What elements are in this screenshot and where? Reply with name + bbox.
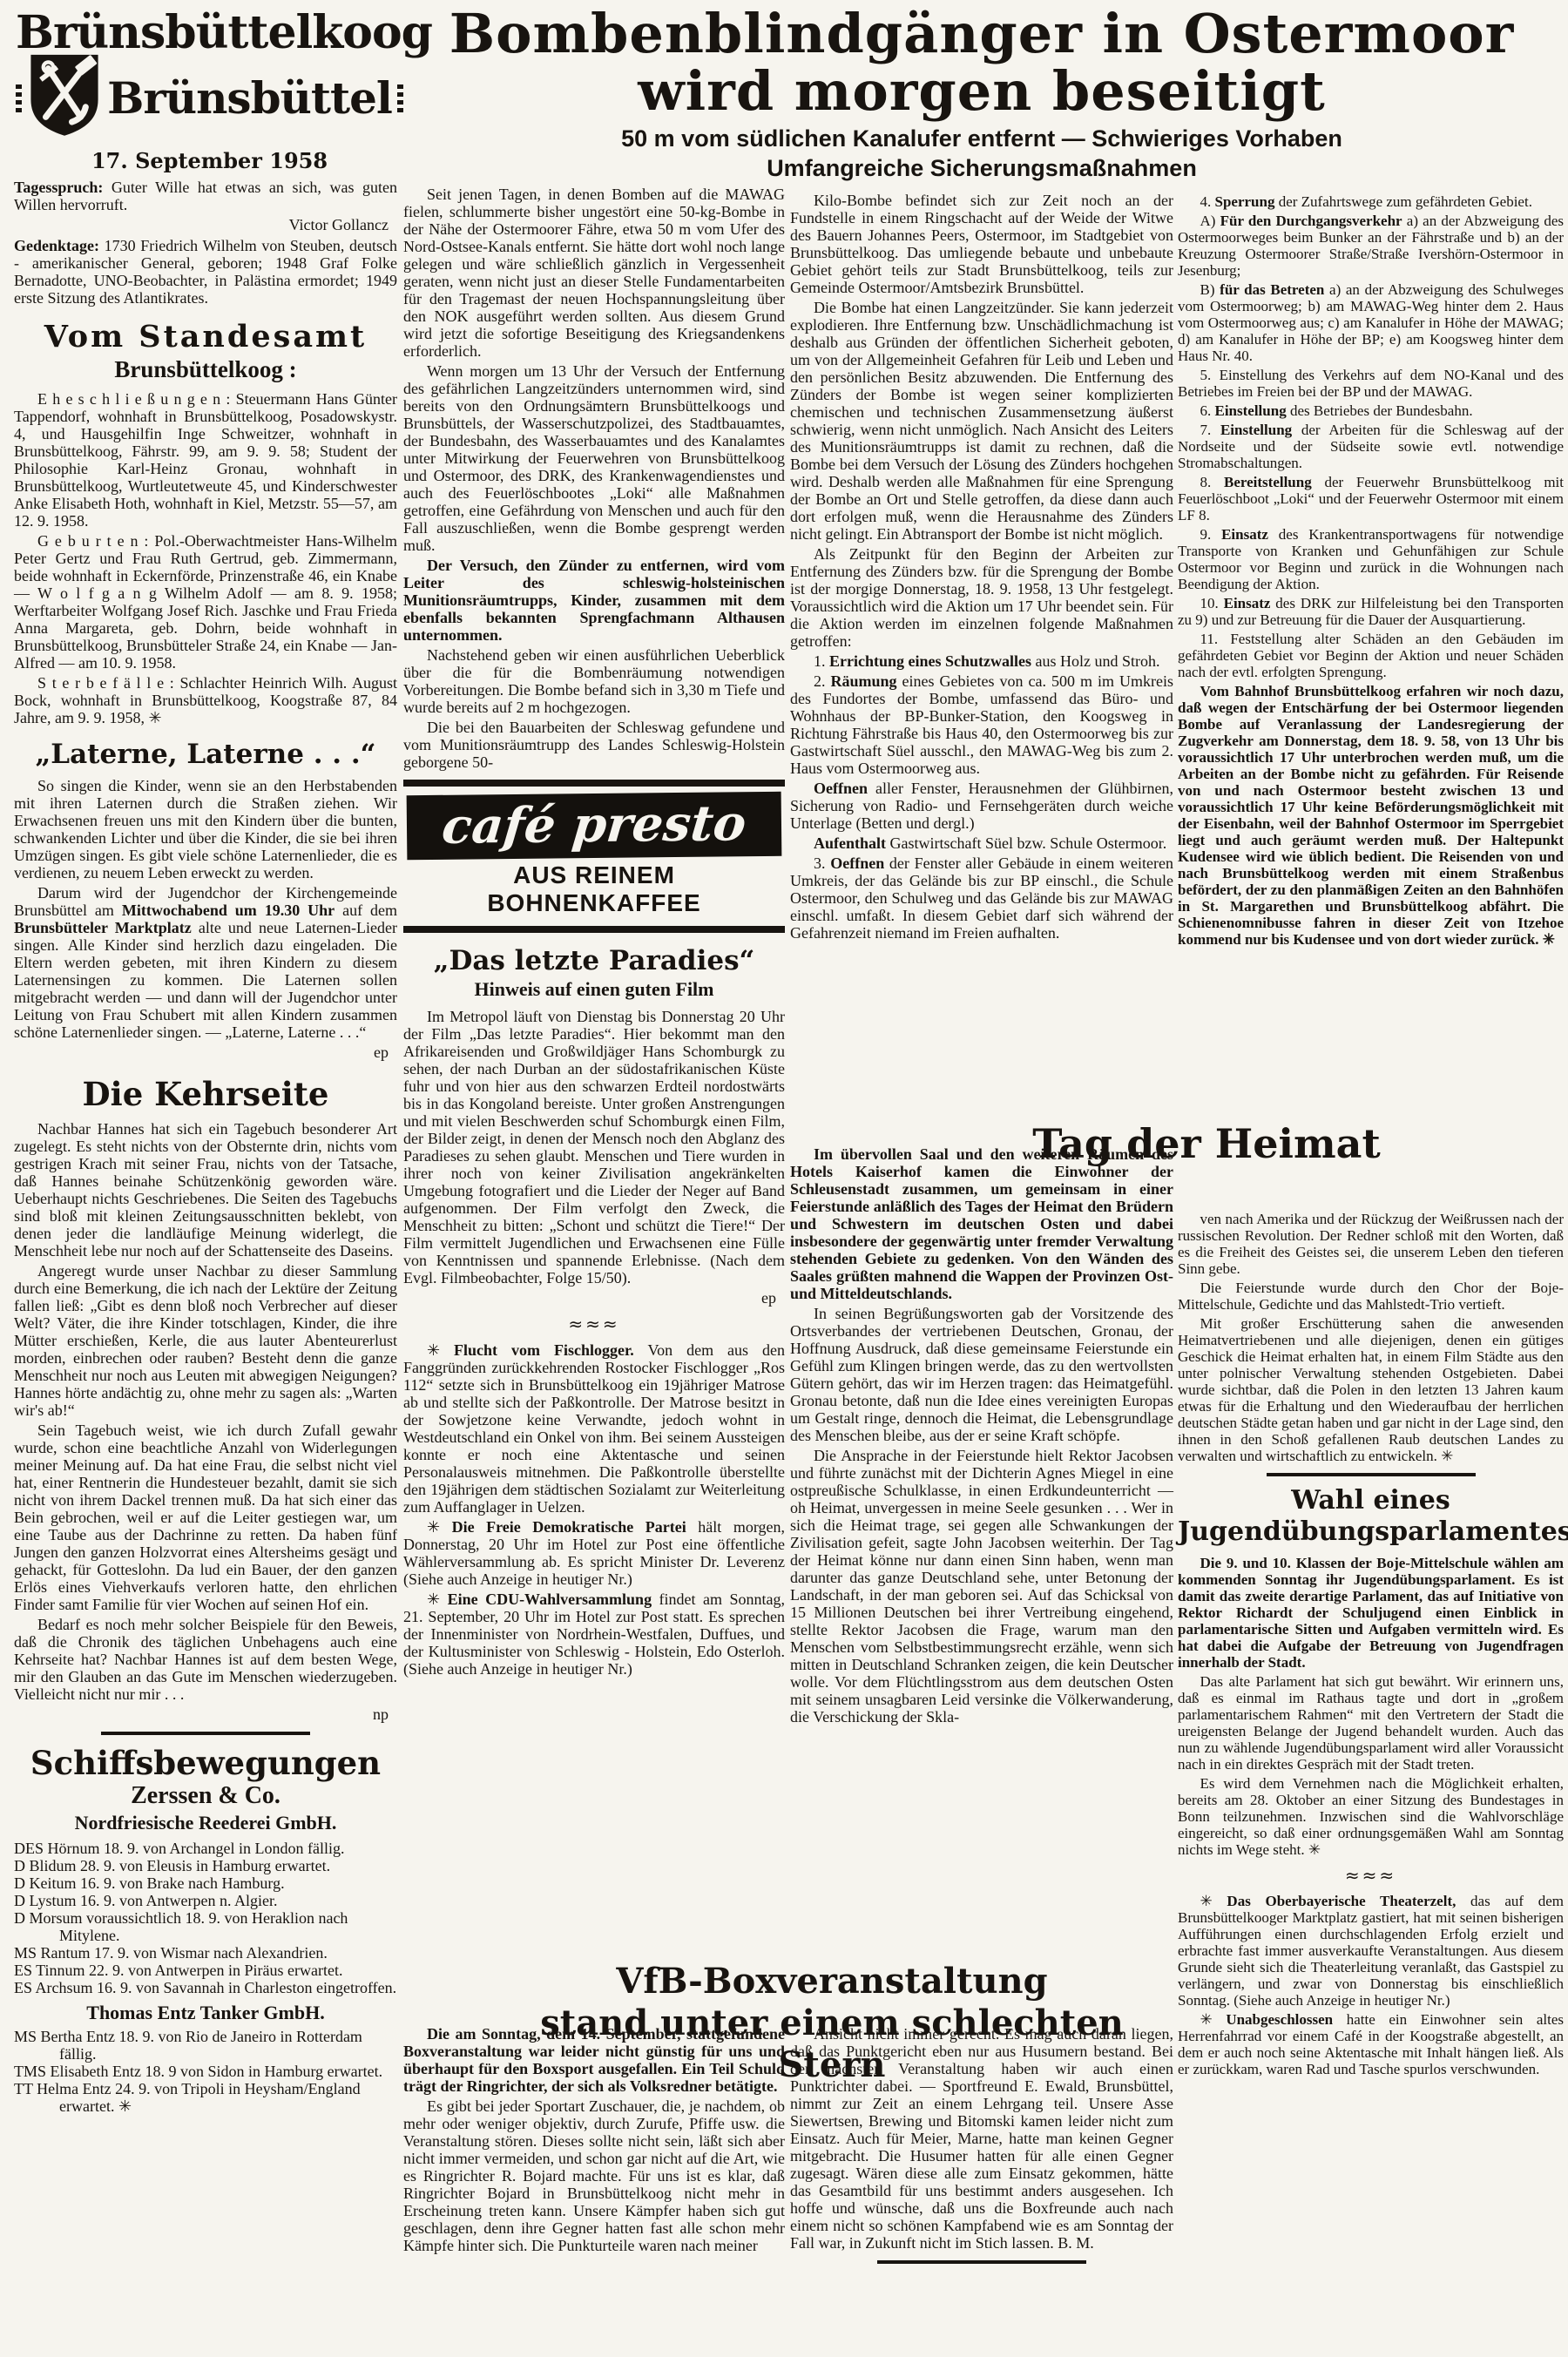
ship-movement-entry: D Lystum 16. 9. von Antwerpen n. Algier. bbox=[14, 1892, 397, 1909]
bomb-article-paragraph: 7. Einstellung der Arbeiten für die Schl… bbox=[1178, 422, 1564, 471]
newspaper-page: Brünsbüttelkoog Brünsbüttel 17. Septembe… bbox=[0, 0, 1568, 2357]
kehrseite-paragraph: Nachbar Hannes hat sich ein Tagebuch bes… bbox=[14, 1120, 397, 1260]
ad-tagline: AUS REINEM BOHNENKAFFEE bbox=[403, 861, 785, 917]
heimat-article-column-1: Im übervollen Saal und den weiteren Räum… bbox=[790, 1145, 1173, 1728]
shipping-company: Zerssen & Co. bbox=[14, 1782, 397, 1810]
bomb-article-column-1: Seit jenen Tagen, in denen Bomben auf di… bbox=[403, 186, 785, 1680]
film-article-signature: ep bbox=[403, 1289, 785, 1307]
heimat-paragraphs-col2: ven nach Amerika und der Rückzug der Wei… bbox=[1178, 1211, 1564, 1464]
section-title-standesamt: Vom Standesamt bbox=[14, 319, 397, 355]
shipping-line-2: Thomas Entz Tanker GmbH. bbox=[14, 2002, 397, 2024]
tagesspruch-author: Victor Gollancz bbox=[14, 216, 397, 233]
bomb-article-paragraph: Als Zeitpunkt für den Beginn der Arbeite… bbox=[790, 545, 1173, 650]
bomb-article-paragraph: 2. Räumung eines Gebietes von ca. 500 m … bbox=[790, 672, 1173, 777]
bomb-article-paragraph: Nachstehend geben wir einen ausführliche… bbox=[403, 646, 785, 716]
heimat-article-paragraph: Mit großer Erschütterung sahen die anwes… bbox=[1178, 1315, 1564, 1464]
local-notice: ✳ Die Freie Demokratische Partei hält mo… bbox=[403, 1518, 785, 1588]
parlament-title-line1: Wahl eines bbox=[1291, 1485, 1450, 1516]
bomb-article-paragraph: 3. Oeffnen der Fenster aller Gebäude in … bbox=[790, 854, 1173, 942]
bomb-article-paragraph: Der Versuch, den Zünder zu entfernen, wi… bbox=[403, 557, 785, 644]
standesamt-paragraph: S t e r b e f ä l l e : Schlachter Heinr… bbox=[14, 674, 397, 726]
bomb-article-column-3: 4. Sperrung der Zufahrtswege zum gefährd… bbox=[1178, 193, 1564, 950]
kehrseite-paragraphs: Nachbar Hannes hat sich ein Tagebuch bes… bbox=[14, 1120, 397, 1703]
masthead-title-line2: Brünsbüttel bbox=[107, 77, 392, 120]
heimat-article-paragraph: Die Ansprache in der Feierstunde hielt R… bbox=[790, 1447, 1173, 1726]
ship-movement-entry: ES Archsum 16. 9. von Savannah in Charle… bbox=[14, 1979, 397, 1996]
bomb-article-paragraphs-col2: Kilo-Bombe befindet sich zur Zeit noch a… bbox=[790, 192, 1173, 942]
headline-subtitle-2: Umfangreiche Sicherungsmaßnahmen bbox=[408, 154, 1556, 182]
bomb-article-paragraph: 10. Einsatz des DRK zur Hilfeleistung be… bbox=[1178, 595, 1564, 628]
city-crest-anchor-hammer-icon bbox=[27, 52, 102, 139]
bomb-article-paragraph: A) Für den Durchgangsverkehr a) an der A… bbox=[1178, 213, 1564, 279]
boxing-article-column-1: Die am Sonntag, dem 14. September, statt… bbox=[403, 2025, 785, 2257]
bomb-article-paragraph: 4. Sperrung der Zufahrtswege zum gefährd… bbox=[1178, 193, 1564, 210]
bomb-article-paragraph: Wenn morgen um 13 Uhr der Versuch der En… bbox=[403, 362, 785, 554]
headline-line1: Bombenblindgänger in Ostermoor bbox=[408, 5, 1556, 63]
bomb-article-paragraph: 6. Einstellung des Betriebes der Bundesb… bbox=[1178, 402, 1564, 419]
masthead: Brünsbüttelkoog Brünsbüttel 17. Septembe… bbox=[16, 10, 403, 173]
laterne-paragraph: So singen die Kinder, wenn sie an den He… bbox=[14, 777, 397, 881]
ship-movement-entry: D Morsum voraussichtlich 18. 9. von Hera… bbox=[14, 1909, 397, 1944]
section-subtitle-brunsbuettelkoog: Brunsbüttelkoog : bbox=[14, 356, 397, 383]
standesamt-paragraphs: E h e s c h l i e ß u n g e n : Steuerma… bbox=[14, 390, 397, 726]
kehrseite-paragraph: Angeregt wurde unser Nachbar zu dieser S… bbox=[14, 1262, 397, 1419]
parlament-title-line2: Jugendübungsparlamentes bbox=[1178, 1516, 1568, 1547]
local-notice: ✳ Unabgeschlossen hatte ein Einwohner se… bbox=[1178, 2011, 1564, 2077]
parlament-article-title: Wahl eines Jugendübungsparlamentes bbox=[1178, 1485, 1564, 1548]
boxing-article-paragraph: Die am Sonntag, dem 14. September, statt… bbox=[403, 2025, 785, 2095]
local-notices: ✳ Flucht vom Fischlogger. Von dem aus de… bbox=[403, 1341, 785, 1678]
section-divider-rule bbox=[1267, 1473, 1476, 1476]
kehrseite-paragraph: Bedarf es noch mehr solcher Beispiele fü… bbox=[14, 1616, 397, 1703]
boxing-article-paragraph: Ansicht nicht immer gerecht. Es mag auch… bbox=[790, 2025, 1173, 2252]
bomb-article-column-2: Kilo-Bombe befindet sich zur Zeit noch a… bbox=[790, 192, 1173, 944]
right-notices: ✳ Das Oberbayerische Theaterzelt, das au… bbox=[1178, 1893, 1564, 2077]
ad-brand-logo: café presto bbox=[409, 799, 778, 851]
bomb-article-paragraph: Aufenthalt Gastwirtschaft Süel bzw. Schu… bbox=[790, 834, 1173, 852]
film-article-title: „Das letzte Paradies“ bbox=[403, 945, 785, 976]
bomb-article-paragraph: 8. Bereitstellung der Feuerwehr Brunsbüt… bbox=[1178, 474, 1564, 523]
bomb-article-paragraph: Kilo-Bombe befindet sich zur Zeit noch a… bbox=[790, 192, 1173, 296]
tagesspruch: Tagesspruch: Guter Wille hat etwas an si… bbox=[14, 179, 397, 213]
section-title-schiffsbewegungen: Schiffsbewegungen bbox=[14, 1744, 397, 1782]
ship-movement-entry: MS Bertha Entz 18. 9. von Rio de Janeiro… bbox=[14, 2028, 397, 2063]
shipping-line-1: Nordfriesische Reederei GmbH. bbox=[14, 1812, 397, 1834]
kehrseite-signature: np bbox=[14, 1705, 397, 1723]
laterne-paragraph: Darum wird der Jugendchor der Kirchengem… bbox=[14, 884, 397, 1041]
bomb-article-paragraph: 5. Einstellung des Verkehrs auf dem NO-K… bbox=[1178, 367, 1564, 400]
film-article-paragraph: Im Metropol läuft von Dienstag bis Donne… bbox=[403, 1008, 785, 1287]
masthead-stripes-right-icon bbox=[397, 84, 403, 112]
ship-movements-list-1: DES Hörnum 18. 9. von Archangel in Londo… bbox=[14, 1840, 397, 1996]
bomb-article-paragraph: 11. Feststellung alter Schäden an den Ge… bbox=[1178, 631, 1564, 680]
standesamt-paragraph: E h e s c h l i e ß u n g e n : Steuerma… bbox=[14, 390, 397, 530]
squiggle-divider: ≈≈≈ bbox=[1178, 1865, 1564, 1886]
local-notice: ✳ Flucht vom Fischlogger. Von dem aus de… bbox=[403, 1341, 785, 1516]
issue-date: 17. September 1958 bbox=[16, 148, 403, 173]
squiggle-divider: ≈≈≈ bbox=[403, 1314, 785, 1334]
bomb-article-paragraphs-col3: 4. Sperrung der Zufahrtswege zum gefährd… bbox=[1178, 193, 1564, 948]
kehrseite-paragraph: Sein Tagebuch weist, wie ich durch Zufal… bbox=[14, 1422, 397, 1613]
gedenktage: Gedenktage: 1730 Friedrich Wilhelm von S… bbox=[14, 237, 397, 307]
ad-top-rule bbox=[403, 780, 785, 787]
parlament-article-paragraph: Es wird dem Vernehmen nach die Möglichke… bbox=[1178, 1775, 1564, 1858]
ship-movement-entry: D Keitum 16. 9. von Brake nach Hamburg. bbox=[14, 1874, 397, 1892]
local-notice: ✳ Eine CDU-Wahlversammlung findet am Son… bbox=[403, 1590, 785, 1678]
boxing-paragraphs-col2: Ansicht nicht immer gerecht. Es mag auch… bbox=[790, 2025, 1173, 2252]
section-title-kehrseite: Die Kehrseite bbox=[14, 1075, 397, 1113]
ship-movement-entry: MS Rantum 17. 9. von Wismar nach Alexand… bbox=[14, 1944, 397, 1962]
left-column: Tagesspruch: Guter Wille hat etwas an si… bbox=[14, 179, 397, 2115]
end-rule bbox=[877, 2260, 1086, 2264]
bomb-article-paragraphs-col1: Seit jenen Tagen, in denen Bomben auf di… bbox=[403, 186, 785, 771]
ship-movement-entry: DES Hörnum 18. 9. von Archangel in Londo… bbox=[14, 1840, 397, 1857]
ad-bottom-rule bbox=[403, 926, 785, 933]
cafe-presto-ad: café presto bbox=[407, 792, 782, 860]
heimat-paragraphs-col1: Im übervollen Saal und den weiteren Räum… bbox=[790, 1145, 1173, 1726]
parlament-paragraphs: Die 9. und 10. Klassen der Boje-Mittelsc… bbox=[1178, 1555, 1564, 1858]
standesamt-paragraph: G e b u r t e n : Pol.-Oberwachtmeister … bbox=[14, 532, 397, 672]
boxing-title-line1: VfB-Boxveranstaltung bbox=[616, 1961, 1047, 2002]
masthead-stripes-left-icon bbox=[16, 84, 22, 112]
boxing-article-column-2: Ansicht nicht immer gerecht. Es mag auch… bbox=[790, 2025, 1173, 2273]
heimat-article-paragraph: Im übervollen Saal und den weiteren Räum… bbox=[790, 1145, 1173, 1302]
parlament-article-paragraph: Das alte Parlament hat sich gut bewährt.… bbox=[1178, 1673, 1564, 1773]
heimat-article-paragraph: ven nach Amerika und der Rückzug der Wei… bbox=[1178, 1211, 1564, 1277]
ship-movement-entry: TT Helma Entz 24. 9. von Tripoli in Heys… bbox=[14, 2080, 397, 2115]
section-divider-rule bbox=[101, 1732, 310, 1735]
bomb-article-paragraph: Die Bombe hat einen Langzeitzünder. Sie … bbox=[790, 299, 1173, 543]
masthead-title-line1: Brünsbüttelkoog bbox=[16, 10, 403, 56]
laterne-paragraphs: So singen die Kinder, wenn sie an den He… bbox=[14, 777, 397, 1041]
laterne-signature: ep bbox=[14, 1043, 397, 1061]
film-article-paragraphs: Im Metropol läuft von Dienstag bis Donne… bbox=[403, 1008, 785, 1287]
heimat-article-paragraph: Die Feierstunde wurde durch den Chor der… bbox=[1178, 1280, 1564, 1313]
ship-movements-list-2: MS Bertha Entz 18. 9. von Rio de Janeiro… bbox=[14, 2028, 397, 2115]
boxing-paragraphs-col1: Die am Sonntag, dem 14. September, statt… bbox=[403, 2025, 785, 2254]
headline-subtitle-1: 50 m vom südlichen Kanalufer entfernt — … bbox=[408, 125, 1556, 154]
bomb-article-paragraph: Vom Bahnhof Brunsbüttelkoog erfahren wir… bbox=[1178, 683, 1564, 948]
ship-movement-entry: TMS Elisabeth Entz 18. 9 von Sidon in Ha… bbox=[14, 2063, 397, 2080]
bomb-article-paragraph: Oeffnen aller Fenster, Herausnehmen der … bbox=[790, 780, 1173, 832]
main-headline-block: Bombenblindgänger in Ostermoor wird morg… bbox=[408, 5, 1556, 183]
bomb-article-paragraph: Die bei den Bauarbeiten der Schleswag ge… bbox=[403, 719, 785, 771]
bomb-article-paragraph: 9. Einsatz des Krankentransportwagens fü… bbox=[1178, 526, 1564, 592]
bomb-article-paragraph: Seit jenen Tagen, in denen Bomben auf di… bbox=[403, 186, 785, 360]
heimat-article-column-2: ven nach Amerika und der Rückzug der Wei… bbox=[1178, 1211, 1564, 2080]
heimat-article-paragraph: In seinen Begrüßungsworten gab der Vorsi… bbox=[790, 1305, 1173, 1444]
ship-movement-entry: D Blidum 28. 9. von Eleusis in Hamburg e… bbox=[14, 1857, 397, 1874]
bomb-article-paragraph: 1. Errichtung eines Schutzwalles aus Hol… bbox=[790, 652, 1173, 670]
film-article-subtitle: Hinweis auf einen guten Film bbox=[403, 978, 785, 1001]
local-notice: ✳ Das Oberbayerische Theaterzelt, das au… bbox=[1178, 1893, 1564, 2009]
section-title-laterne: „Laterne, Laterne . . .“ bbox=[14, 739, 397, 770]
headline-line2: wird morgen beseitigt bbox=[408, 63, 1556, 120]
boxing-article-paragraph: Es gibt bei jeder Sportart Zuschauer, di… bbox=[403, 2097, 785, 2254]
parlament-article-paragraph: Die 9. und 10. Klassen der Boje-Mittelsc… bbox=[1178, 1555, 1564, 1671]
bomb-article-paragraph: B) für das Betreten a) an der Abzweigung… bbox=[1178, 281, 1564, 364]
ship-movement-entry: ES Tinnum 22. 9. von Antwerpen in Piräus… bbox=[14, 1962, 397, 1979]
